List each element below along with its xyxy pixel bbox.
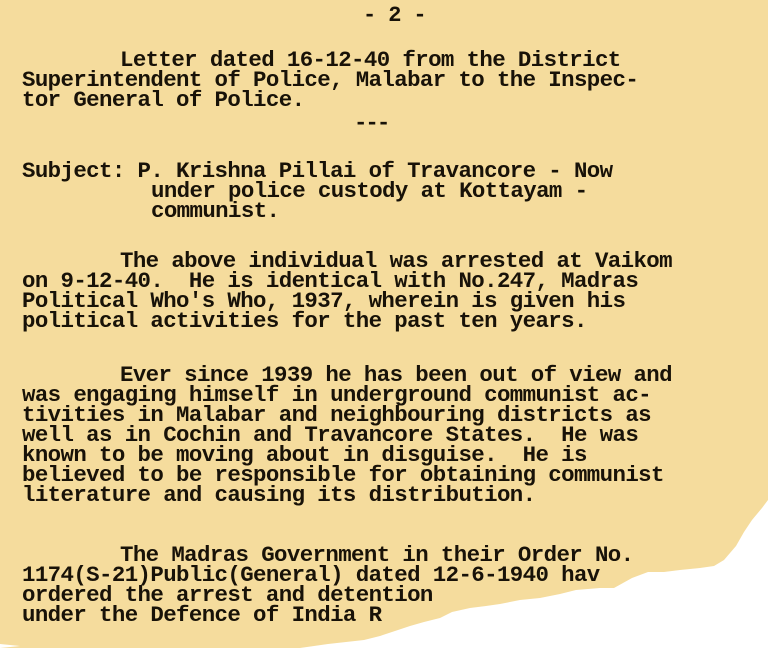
heading-line-3: tor General of Police. <box>22 90 304 110</box>
separator: --- <box>354 113 388 133</box>
paragraph3-line-4: under the Defence of India R <box>22 605 381 625</box>
subject-line-3: communist. <box>151 201 279 221</box>
paragraph1-line-4: political activities for the past ten ye… <box>22 311 587 331</box>
page-number: - 2 - <box>363 6 426 26</box>
paragraph2-line-7: literature and causing its distribution. <box>22 485 535 505</box>
document-page: - 2 - Letter dated 16-12-40 from the Dis… <box>0 0 768 648</box>
